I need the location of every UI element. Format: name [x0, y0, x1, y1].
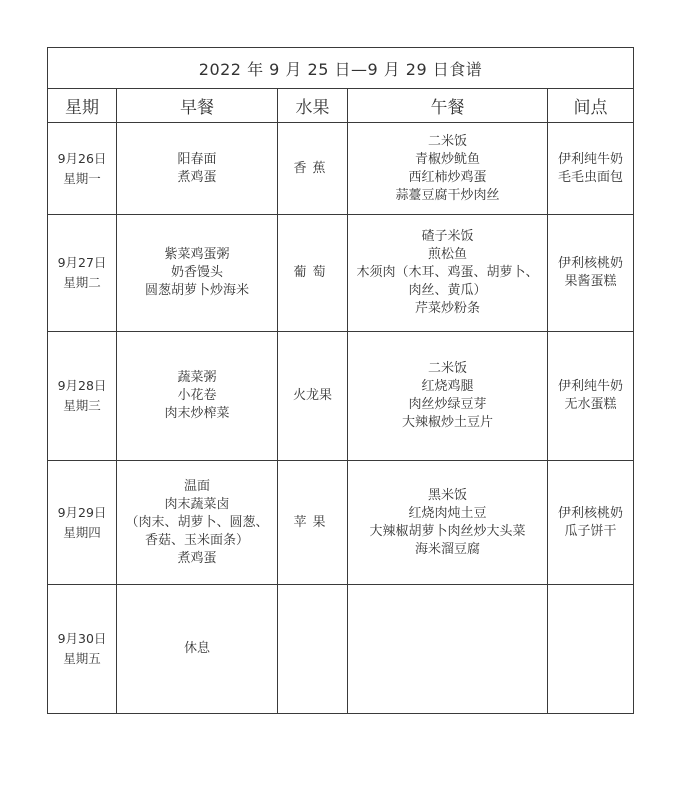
snack-cell	[548, 585, 634, 714]
weekday-text: 星期一	[48, 169, 116, 189]
lunch-item: 海米溜豆腐	[348, 541, 547, 559]
snack-item: 伊利核桃奶	[548, 255, 633, 273]
breakfast-cell: 阳春面 煮鸡蛋	[117, 123, 278, 215]
snack-cell: 伊利纯牛奶 无水蛋糕	[548, 332, 634, 461]
fruit-cell: 葡萄	[278, 215, 348, 332]
snack-item: 伊利纯牛奶	[548, 378, 633, 396]
fruit-cell: 火龙果	[278, 332, 348, 461]
date-text: 9月29日	[48, 503, 116, 523]
lunch-item: 大辣椒炒土豆片	[348, 414, 547, 432]
lunch-item: 肉丝炒绿豆芽	[348, 396, 547, 414]
header-weekday: 星期	[48, 89, 117, 123]
table-row: 9月29日 星期四 温面 肉末蔬菜卤 （肉末、胡萝卜、圆葱、 香菇、玉米面条） …	[48, 461, 634, 585]
breakfast-item: 紫菜鸡蛋粥	[117, 246, 277, 264]
header-fruit: 水果	[278, 89, 348, 123]
lunch-item: 二米饭	[348, 360, 547, 378]
breakfast-item: 温面	[117, 478, 277, 496]
table-row: 9月26日 星期一 阳春面 煮鸡蛋 香蕉 二米饭 青椒炒鱿鱼 西红柿炒鸡蛋 蒜薹…	[48, 123, 634, 215]
lunch-item: 碴子米饭	[348, 228, 547, 246]
date-text: 9月28日	[48, 376, 116, 396]
breakfast-item: 小花卷	[117, 387, 277, 405]
breakfast-item: 奶香馒头	[117, 264, 277, 282]
table-row: 9月27日 星期二 紫菜鸡蛋粥 奶香馒头 圆葱胡萝卜炒海米 葡萄 碴子米饭 煎松…	[48, 215, 634, 332]
snack-cell: 伊利纯牛奶 毛毛虫面包	[548, 123, 634, 215]
lunch-item: 蒜薹豆腐干炒肉丝	[348, 187, 547, 205]
breakfast-item: 煮鸡蛋	[117, 169, 277, 187]
lunch-item: 二米饭	[348, 133, 547, 151]
snack-item: 伊利纯牛奶	[548, 151, 633, 169]
menu-title: 2022 年 9 月 25 日—9 月 29 日食谱	[48, 48, 634, 89]
lunch-item: 红烧鸡腿	[348, 378, 547, 396]
breakfast-item: 香菇、玉米面条）	[117, 532, 277, 550]
lunch-item: 芹菜炒粉条	[348, 300, 547, 318]
lunch-item: 木须肉（木耳、鸡蛋、胡萝卜、	[348, 264, 547, 282]
weekly-menu-table: 2022 年 9 月 25 日—9 月 29 日食谱 星期 早餐 水果 午餐 间…	[47, 47, 634, 714]
lunch-item: 大辣椒胡萝卜肉丝炒大头菜	[348, 523, 547, 541]
date-text: 9月27日	[48, 253, 116, 273]
weekday-text: 星期四	[48, 523, 116, 543]
date-cell: 9月30日 星期五	[48, 585, 117, 714]
snack-item: 果酱蛋糕	[548, 273, 633, 291]
breakfast-cell: 蔬菜粥 小花卷 肉末炒榨菜	[117, 332, 278, 461]
header-breakfast: 早餐	[117, 89, 278, 123]
snack-item: 瓜子饼干	[548, 523, 633, 541]
breakfast-item: 圆葱胡萝卜炒海米	[117, 282, 277, 300]
date-cell: 9月29日 星期四	[48, 461, 117, 585]
lunch-cell: 碴子米饭 煎松鱼 木须肉（木耳、鸡蛋、胡萝卜、 肉丝、黄瓜） 芹菜炒粉条	[348, 215, 548, 332]
breakfast-item: （肉末、胡萝卜、圆葱、	[117, 514, 277, 532]
lunch-item: 西红柿炒鸡蛋	[348, 169, 547, 187]
breakfast-item: 煮鸡蛋	[117, 550, 277, 568]
lunch-item: 红烧肉炖土豆	[348, 505, 547, 523]
snack-item: 无水蛋糕	[548, 396, 633, 414]
fruit-cell	[278, 585, 348, 714]
date-cell: 9月26日 星期一	[48, 123, 117, 215]
weekday-text: 星期二	[48, 273, 116, 293]
date-cell: 9月28日 星期三	[48, 332, 117, 461]
lunch-cell: 二米饭 红烧鸡腿 肉丝炒绿豆芽 大辣椒炒土豆片	[348, 332, 548, 461]
date-cell: 9月27日 星期二	[48, 215, 117, 332]
weekday-text: 星期三	[48, 396, 116, 416]
table-row: 9月30日 星期五 休息	[48, 585, 634, 714]
snack-cell: 伊利核桃奶 瓜子饼干	[548, 461, 634, 585]
breakfast-cell: 紫菜鸡蛋粥 奶香馒头 圆葱胡萝卜炒海米	[117, 215, 278, 332]
snack-item: 伊利核桃奶	[548, 505, 633, 523]
breakfast-item: 蔬菜粥	[117, 369, 277, 387]
lunch-cell: 黑米饭 红烧肉炖土豆 大辣椒胡萝卜肉丝炒大头菜 海米溜豆腐	[348, 461, 548, 585]
date-text: 9月30日	[48, 629, 116, 649]
fruit-cell: 苹果	[278, 461, 348, 585]
breakfast-item: 肉末蔬菜卤	[117, 496, 277, 514]
breakfast-item: 休息	[117, 640, 277, 658]
header-snack: 间点	[548, 89, 634, 123]
breakfast-cell: 温面 肉末蔬菜卤 （肉末、胡萝卜、圆葱、 香菇、玉米面条） 煮鸡蛋	[117, 461, 278, 585]
breakfast-item: 肉末炒榨菜	[117, 405, 277, 423]
snack-item: 毛毛虫面包	[548, 169, 633, 187]
breakfast-item: 阳春面	[117, 151, 277, 169]
lunch-item: 肉丝、黄瓜）	[348, 282, 547, 300]
date-text: 9月26日	[48, 149, 116, 169]
snack-cell: 伊利核桃奶 果酱蛋糕	[548, 215, 634, 332]
lunch-item: 煎松鱼	[348, 246, 547, 264]
weekday-text: 星期五	[48, 649, 116, 669]
lunch-item: 黑米饭	[348, 487, 547, 505]
lunch-item: 青椒炒鱿鱼	[348, 151, 547, 169]
table-row: 9月28日 星期三 蔬菜粥 小花卷 肉末炒榨菜 火龙果 二米饭 红烧鸡腿 肉丝炒…	[48, 332, 634, 461]
lunch-cell	[348, 585, 548, 714]
fruit-cell: 香蕉	[278, 123, 348, 215]
breakfast-cell: 休息	[117, 585, 278, 714]
lunch-cell: 二米饭 青椒炒鱿鱼 西红柿炒鸡蛋 蒜薹豆腐干炒肉丝	[348, 123, 548, 215]
header-lunch: 午餐	[348, 89, 548, 123]
